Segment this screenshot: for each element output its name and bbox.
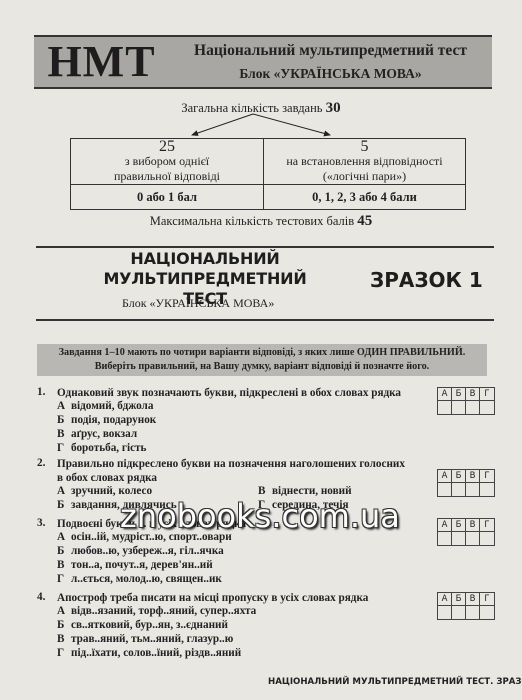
answer-cell[interactable] [438,532,452,545]
option-a[interactable]: Авідв..язаний, торф..яний, супер..яхта [57,605,256,617]
answer-cell[interactable] [438,483,452,496]
answer-cell[interactable] [452,532,466,545]
instruction-box: Завдання 1–10 мають по чотири варіанти в… [37,344,487,376]
option-d[interactable]: Гл..ється, молод..ю, священ..ик [57,573,222,585]
divider-top [36,246,494,248]
option-c[interactable]: Втрав..яний, тьм..яний, глазур..ю [57,633,233,645]
footer-text: НАЦІОНАЛЬНИЙ МУЛЬТИПРЕДМЕТНИЙ ТЕСТ. ЗРАЗ… [268,677,522,687]
answer-cell[interactable] [480,401,494,414]
banner-title: Національний мультипредметний тест [169,42,492,60]
option-b[interactable]: Блюбов..ю, узбереж..я, гіл..ячка [57,545,224,557]
answer-grid-2[interactable]: АБВГ [437,469,495,497]
option-c[interactable]: Ваґрус, вокзал [57,428,137,440]
answer-cell[interactable] [480,532,494,545]
option-b[interactable]: Бсв..ятковий, бур..ян, з..єднаний [57,619,228,631]
block-label: Блок «УКРАЇНСЬКА МОВА» [122,296,274,311]
option-b[interactable]: Бподія, подарунок [57,414,156,426]
page-footer: НАЦІОНАЛЬНИЙ МУЛЬТИПРЕДМЕТНИЙ ТЕСТ. ЗРАЗ… [268,677,522,687]
answer-cell[interactable] [466,401,480,414]
answer-cell[interactable] [480,606,494,619]
answer-grid-3[interactable]: АБВГ [437,518,495,546]
sample-label: ЗРАЗОК 1 [370,268,483,292]
matching-score: 0, 1, 2, 3 або 4 бали [264,185,465,209]
answer-cell[interactable] [452,483,466,496]
task-breakdown-table: 25 з вибором однієї правильної відповіді… [70,138,466,210]
nmt-logo: НМТ [34,40,169,84]
answer-grid-4[interactable]: АБВГ [437,592,495,620]
answer-cell[interactable] [452,401,466,414]
answer-cell[interactable] [438,606,452,619]
watermark: znobooks.com.ua [120,497,400,535]
single-choice-cell: 25 з вибором однієї правильної відповіді [71,139,264,185]
option-c[interactable]: Втон..а, почут..я, дерев'ян..ий [57,559,213,571]
option-a[interactable]: Авідомий, бджола [57,400,153,412]
answer-grid-1[interactable]: АБВГ [437,387,495,415]
answer-cell[interactable] [480,483,494,496]
option-d[interactable]: Гпід..їхати, солов..їний, різдв..яний [57,647,241,659]
option-d[interactable]: Гборотьба, гість [57,442,146,454]
banner-subtitle: Блок «УКРАЇНСЬКА МОВА» [169,66,492,82]
divider-bottom [36,319,494,321]
max-score-value: 45 [357,213,372,229]
answer-cell[interactable] [466,532,480,545]
single-choice-score: 0 або 1 бал [71,185,264,209]
nmt-banner: НМТ Національний мультипредметний тест Б… [34,35,492,89]
max-score-label: Максимальна кількість тестових балів [150,214,354,228]
answer-cell[interactable] [452,606,466,619]
answer-cell[interactable] [438,401,452,414]
answer-cell[interactable] [466,606,480,619]
option-c[interactable]: Ввіднести, новий [258,485,352,497]
answer-cell[interactable] [466,483,480,496]
max-score: Максимальна кількість тестових балів 45 [0,213,522,230]
option-a[interactable]: Азручний, колесо [57,485,152,497]
matching-cell: 5 на встановлення відповідності («логічн… [264,139,465,185]
banner-text: Національний мультипредметний тест Блок … [169,42,492,82]
